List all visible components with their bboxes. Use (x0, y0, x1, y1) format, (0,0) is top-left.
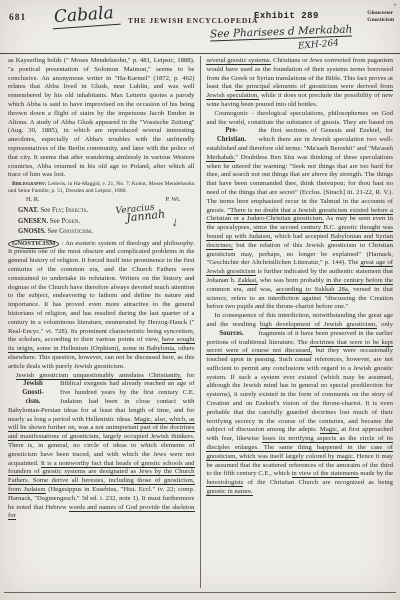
text-segment: Bibliography: (12, 181, 47, 187)
encyclopedia-title: THE JEWISH ENCYCLOPEDIA (128, 16, 258, 25)
text-segment: Gnosticism. (59, 228, 93, 235)
running-head-first: Gloucester (367, 10, 394, 17)
text-segment: only (377, 321, 393, 328)
hand-circled-headword: GNOSTICISM (8, 239, 59, 249)
text-segment: Cosmogonic - theological speculations, p… (206, 110, 393, 126)
left-column: as Kayserling holds (" Moses Mendelssohn… (0, 56, 200, 592)
handwritten-exhibit-number: EXH-264 (298, 38, 340, 52)
exhibit-stamp: Exhibit 289 (254, 11, 319, 21)
scanned-encyclopedia-page: 681 Cabala THE JEWISH ENCYCLOPEDIA Exhib… (0, 0, 400, 600)
pre-christian-paragraph: Cosmogonic - theological speculations, p… (206, 110, 393, 312)
text-columns: as Kayserling holds (" Moses Mendelssohn… (0, 56, 400, 592)
sources-paragraph: In consequence of this interdiction, not… (206, 312, 393, 497)
text-segment: common era, and was, (206, 286, 275, 293)
text-segment: See (46, 228, 59, 235)
text-segment: which had accepted (272, 233, 330, 240)
hand-underlined-text: high development of Jewish gnosticism, (260, 321, 377, 329)
text-segment: See (48, 218, 61, 225)
handwritten-cabala-note: Cabala (51, 3, 120, 30)
hand-underlined-text: in view of the statements (292, 470, 359, 478)
hand-underlined-text: according to Sukkah 28a, (276, 286, 350, 294)
entry-gnesen: GNESEN. See Posen. (8, 218, 195, 227)
hand-underlined-text: Zakkai, (238, 277, 258, 285)
cut-in-sidehead: Sources. (208, 330, 254, 339)
page-number: 681 (9, 13, 26, 23)
signature-line: H. R.P. Wi. (8, 195, 195, 206)
text-segment: GNOSIS. (18, 228, 46, 235)
cut-in-sidehead: Pre- Christian. (208, 127, 254, 145)
signature-right: P. Wi. (165, 196, 180, 205)
text-segment: GNAT. (18, 207, 39, 214)
text-segment: made by the (359, 470, 393, 477)
text-segment: who was born probably (258, 277, 326, 284)
jewish-gnosticism-paragraph: Jewish gnosticism unquestionably antedat… (8, 372, 195, 522)
hand-underlined-text: Merkabah. (206, 154, 235, 162)
text-segment: of the Christian Church are recognized a… (243, 479, 393, 486)
entry-gnosis: GNOSIS. See Gnosticism. (8, 228, 195, 237)
hand-underlined-text: Magic, (320, 426, 339, 434)
corner-mark: + (393, 1, 397, 9)
text-segment: GNESEN. (18, 218, 48, 225)
text-segment: : An esoteric system of theology and phi… (8, 240, 195, 344)
hand-underlined-text: heresiologists (206, 479, 243, 487)
text-segment: Fly; Insects. (52, 207, 88, 214)
signature-left: H. R. (26, 196, 40, 205)
text-segment: Posen. (61, 218, 80, 225)
bibliography: Bibliography: Letteris, in Ha-Maggid, v.… (8, 181, 195, 195)
abba-glusk-continuation: as Kayserling holds (" Moses Mendelssohn… (8, 57, 195, 180)
page-bottom-rule (4, 592, 396, 593)
running-head-second: Gnosticism (367, 17, 394, 24)
right-column: several gnostic systems. Christians or J… (200, 56, 400, 592)
text-segment: but they were occasionally touched upon … (206, 347, 393, 433)
hand-underlined-text: gnostic in nature. (206, 488, 252, 496)
hand-underlined-text: several gnostic systems. (206, 57, 271, 65)
gnosticism-article-start: GNOSTICISM : An esoteric system of theol… (8, 240, 195, 372)
gnostic-systems-continuation: several gnostic systems. Christians or J… (206, 57, 393, 110)
hand-underlined-text: Jewish gnosticism unquestionably antedat… (16, 372, 182, 380)
hand-underlined-text: in the century before the (326, 277, 393, 285)
cut-in-sidehead: Jewish Gnosti- cism. (10, 380, 56, 406)
entry-gnat: GNAT. See Fly; Insects. (8, 207, 195, 216)
text-segment: See (39, 207, 52, 214)
handwritten-margin-note: Veracius Jannah (115, 201, 165, 224)
page-header: 681 Cabala THE JEWISH ENCYCLOPEDIA Exhib… (0, 0, 400, 54)
running-head: Gloucester Gnosticism (367, 10, 394, 23)
header-rule (0, 53, 400, 54)
text-segment: as Kayserling holds (" Moses Mendelssohn… (8, 57, 195, 178)
text-segment: " Doubtless Ben Sira was thinking of the… (206, 154, 393, 214)
